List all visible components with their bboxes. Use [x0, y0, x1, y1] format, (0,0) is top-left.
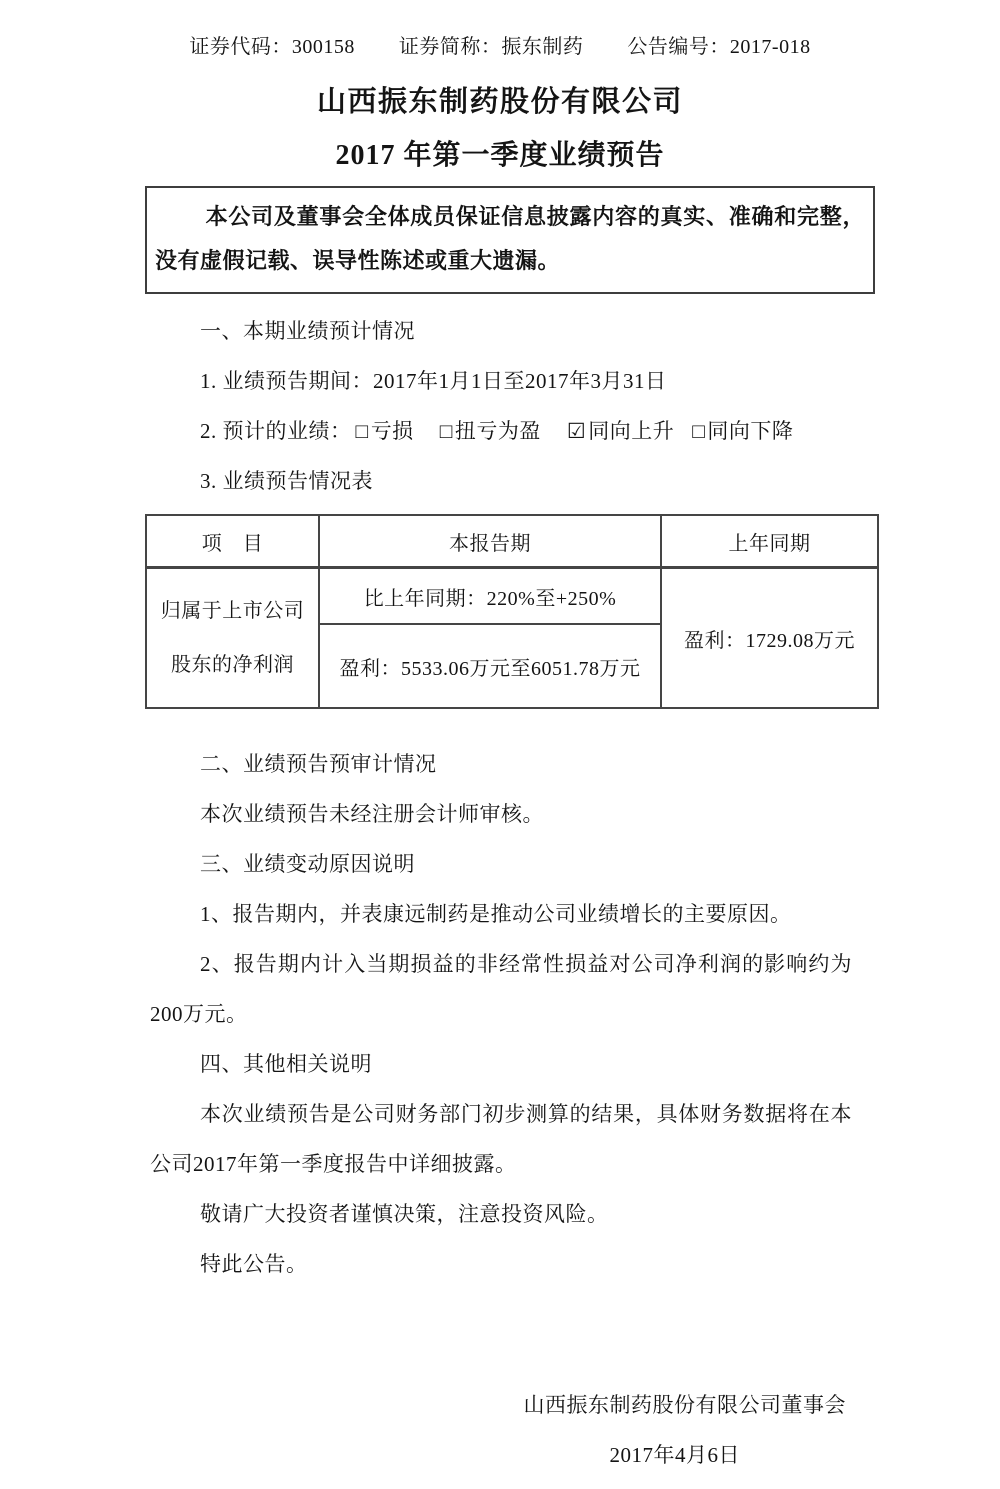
section4-paragraph-2: 敬请广大投资者谨慎决策，注意投资风险。 [150, 1189, 852, 1239]
stock-short-name: 证券简称：振东制药 [399, 30, 584, 59]
company-title: 山西振东制药股份有限公司 [0, 86, 1000, 118]
current-period-change-cell: 比上年同期：220%至+250% [319, 568, 661, 625]
section4-heading: 四、其他相关说明 [150, 1039, 852, 1089]
checkbox-unchecked-icon: □ [356, 419, 369, 443]
net-profit-item-cell: 归属于上市公司 股东的净利润 [146, 568, 319, 709]
option-same-direction-down: □同向下降 [692, 419, 793, 443]
section4-paragraph-1: 本次业绩预告是公司财务部门初步测算的结果，具体财务数据将在本公司2017年第一季… [150, 1089, 852, 1189]
section3-paragraph-2: 2、报告期内计入当期损益的非经常性损益对公司净利润的影响约为200万元。 [150, 939, 852, 1039]
disclaimer-box: 本公司及董事会全体成员保证信息披露内容的真实、准确和完整，没有虚假记载、误导性陈… [145, 186, 875, 294]
document-header-row: 证券代码：300158 证券简称：振东制药 公告编号：2017-018 [0, 0, 1000, 59]
header-current-period: 本报告期 [319, 515, 661, 568]
section2-paragraph: 本次业绩预告未经注册会计师审核。 [150, 789, 852, 839]
forecast-table-caption: 3. 业绩预告情况表 [150, 456, 852, 506]
stock-code: 证券代码：300158 [189, 30, 355, 59]
option-turn-profit: □扭亏为盈 [440, 419, 541, 443]
option-same-direction-up: ☑同向上升 [567, 419, 674, 443]
option-same-direction-up-label: 同向上升 [588, 419, 674, 443]
option-loss-label: 亏损 [371, 419, 414, 443]
header-item: 项 目 [146, 515, 319, 568]
prior-period-profit-cell: 盈利：1729.08万元 [661, 568, 878, 709]
announcement-date: 2017年4月6日 [150, 1430, 852, 1480]
section2-heading: 二、业绩预告预审计情况 [150, 739, 852, 789]
announcement-number: 公告编号：2017-018 [627, 30, 810, 59]
header-prior-period: 上年同期 [661, 515, 878, 568]
announcement-document: 证券代码：300158 证券简称：振东制药 公告编号：2017-018 山西振东… [0, 0, 1000, 1489]
option-loss: □亏损 [356, 419, 414, 443]
forecast-type-line: 2. 预计的业绩：□亏损□扭亏为盈☑同向上升□同向下降 [150, 406, 852, 456]
forecast-table: 项 目 本报告期 上年同期 归属于上市公司 股东的净利润 比上年同期：220%至… [145, 514, 879, 709]
current-period-profit-cell: 盈利：5533.06万元至6051.78万元 [319, 624, 661, 708]
disclaimer-text: 本公司及董事会全体成员保证信息披露内容的真实、准确和完整，没有虚假记载、误导性陈… [155, 204, 865, 273]
net-profit-label-line1: 归属于上市公司 [147, 584, 318, 638]
document-subtitle: 2017 年第一季度业绩预告 [0, 140, 1000, 172]
section3-paragraph-1: 1、报告期内，并表康远制药是推动公司业绩增长的主要原因。 [150, 889, 852, 939]
document-body: 一、本期业绩预计情况 1. 业绩预告期间：2017年1月1日至2017年3月31… [0, 306, 1000, 1480]
table-header-row: 项 目 本报告期 上年同期 [146, 515, 878, 568]
option-turn-profit-label: 扭亏为盈 [455, 419, 541, 443]
forecast-type-label: 2. 预计的业绩： [200, 419, 352, 443]
closing-statement: 特此公告。 [150, 1239, 852, 1289]
section3-heading: 三、业绩变动原因说明 [150, 839, 852, 889]
checkbox-unchecked-icon: □ [692, 419, 705, 443]
checkbox-unchecked-icon: □ [440, 419, 453, 443]
table-row: 归属于上市公司 股东的净利润 比上年同期：220%至+250% 盈利：1729.… [146, 568, 878, 625]
forecast-period-line: 1. 业绩预告期间：2017年1月1日至2017年3月31日 [150, 356, 852, 406]
checkbox-checked-icon: ☑ [567, 419, 586, 443]
option-same-direction-down-label: 同向下降 [707, 419, 793, 443]
board-signature: 山西振东制药股份有限公司董事会 [150, 1380, 852, 1430]
net-profit-label-line2: 股东的净利润 [147, 638, 318, 692]
section1-heading: 一、本期业绩预计情况 [150, 306, 852, 356]
